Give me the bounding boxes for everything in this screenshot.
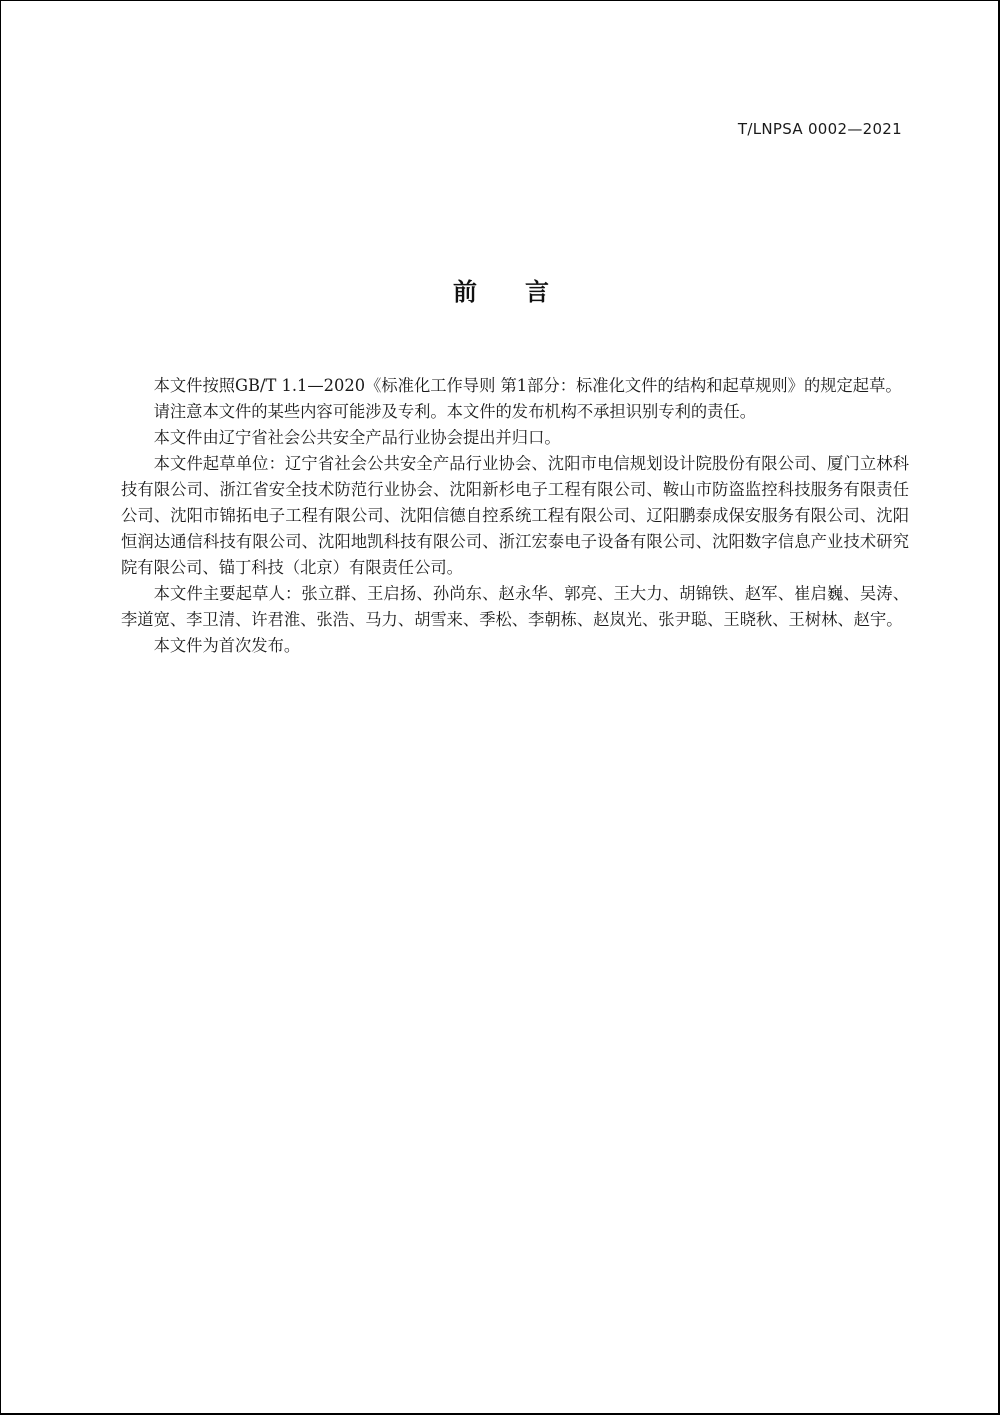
document-code: T/LNPSA 0002—2021	[738, 120, 902, 138]
paragraph-first-release: 本文件为首次发布。	[121, 633, 909, 659]
document-page: T/LNPSA 0002—2021 前言 本文件按照GB/T 1.1—2020《…	[0, 0, 1000, 1415]
paragraph-drafting-rules: 本文件按照GB/T 1.1—2020《标准化工作导则 第1部分：标准化文件的结构…	[121, 373, 909, 399]
page-title: 前言	[1, 272, 1000, 307]
paragraph-patent-notice: 请注意本文件的某些内容可能涉及专利。本文件的发布机构不承担识别专利的责任。	[121, 399, 909, 425]
title-char-2: 言	[525, 278, 549, 306]
title-char-1: 前	[453, 278, 477, 306]
paragraph-main-drafters: 本文件主要起草人：张立群、王启扬、孙尚东、赵永华、郭亮、王大力、胡锦铁、赵军、崔…	[121, 581, 909, 633]
foreword-body: 本文件按照GB/T 1.1—2020《标准化工作导则 第1部分：标准化文件的结构…	[121, 373, 909, 659]
paragraph-drafting-units: 本文件起草单位：辽宁省社会公共安全产品行业协会、沈阳市电信规划设计院股份有限公司…	[121, 451, 909, 581]
paragraph-proposer: 本文件由辽宁省社会公共安全产品行业协会提出并归口。	[121, 425, 909, 451]
